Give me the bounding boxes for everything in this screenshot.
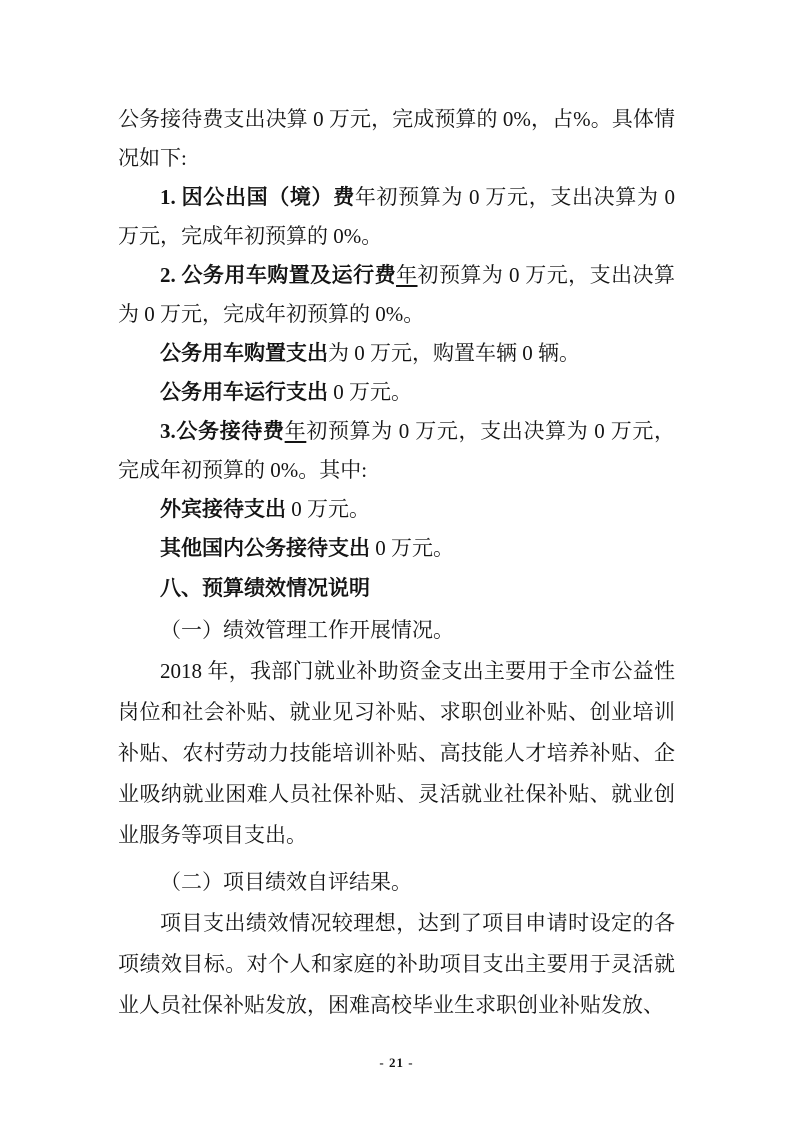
text-run: （二）项目绩效自评结果。 (160, 870, 412, 894)
bold-run: 公务用车运行支出 (160, 380, 328, 404)
para-self-evaluation-result: 项目支出绩效情况较理想，达到了项目申请时设定的各项绩效目标。对个人和家庭的补助项… (118, 903, 675, 1026)
bold-run: 2. 公务用车购置及运行费 (160, 263, 396, 287)
text-run: 0 万元。 (286, 497, 370, 521)
text-run: 0 万元。 (328, 380, 412, 404)
document-body: 公务接待费支出决算 0 万元，完成预算的 0%，占%。具体情况如下: 1. 因公… (118, 100, 675, 1026)
text-run: 公务接待费支出决算 0 万元，完成预算的 0%，占%。具体情况如下: (118, 107, 675, 170)
bold-run: 其他国内公务接待支出 (160, 536, 370, 560)
underlined-run: 年 (285, 419, 307, 443)
para-item1-abroad-expense: 1. 因公出国（境）费年初预算为 0 万元，支出决算为 0 万元，完成年初预算的… (118, 178, 675, 256)
para-self-evaluation-heading: （二）项目绩效自评结果。 (118, 862, 675, 903)
text-run: 为 0 万元，购置车辆 0 辆。 (328, 341, 580, 365)
para-foreign-guest-reception: 外宾接待支出 0 万元。 (118, 490, 675, 529)
para-item2-vehicle-expense: 2. 公务用车购置及运行费年初预算为 0 万元，支出决算为 0 万元，完成年初预… (118, 256, 675, 334)
underlined-run: 年 (396, 263, 417, 287)
section-heading-budget-performance: 八、预算绩效情况说明 (118, 568, 675, 610)
text-run: 2018 年，我部门就业补助资金支出主要用于全市公益性岗位和社会补贴、就业见习补… (118, 659, 675, 847)
bold-run: 1. 因公出国（境）费 (160, 185, 355, 209)
para-item3-reception-expense: 3.公务接待费年初预算为 0 万元，支出决算为 0 万元，完成年初预算的 0%。… (118, 412, 675, 490)
document-page: 公务接待费支出决算 0 万元，完成预算的 0%，占%。具体情况如下: 1. 因公… (0, 0, 793, 1122)
bold-run: 3.公务接待费 (160, 419, 285, 443)
para-2018-subsidy-summary: 2018 年，我部门就业补助资金支出主要用于全市公益性岗位和社会补贴、就业见习补… (118, 651, 675, 856)
bold-run: 公务用车购置支出 (160, 341, 328, 365)
text-run: 八、预算绩效情况说明 (160, 577, 370, 600)
para-performance-management: （一）绩效管理工作开展情况。 (118, 610, 675, 651)
para-domestic-reception: 其他国内公务接待支出 0 万元。 (118, 529, 675, 568)
bold-run: 外宾接待支出 (160, 497, 286, 521)
page-number: - 21 - (0, 1053, 793, 1073)
para-reception-summary: 公务接待费支出决算 0 万元，完成预算的 0%，占%。具体情况如下: (118, 100, 675, 178)
para-vehicle-operation: 公务用车运行支出 0 万元。 (118, 373, 675, 412)
text-run: 项目支出绩效情况较理想，达到了项目申请时设定的各项绩效目标。对个人和家庭的补助项… (118, 911, 675, 1017)
text-run: （一）绩效管理工作开展情况。 (160, 618, 454, 642)
text-run: 0 万元。 (370, 536, 454, 560)
para-vehicle-purchase: 公务用车购置支出为 0 万元，购置车辆 0 辆。 (118, 334, 675, 373)
